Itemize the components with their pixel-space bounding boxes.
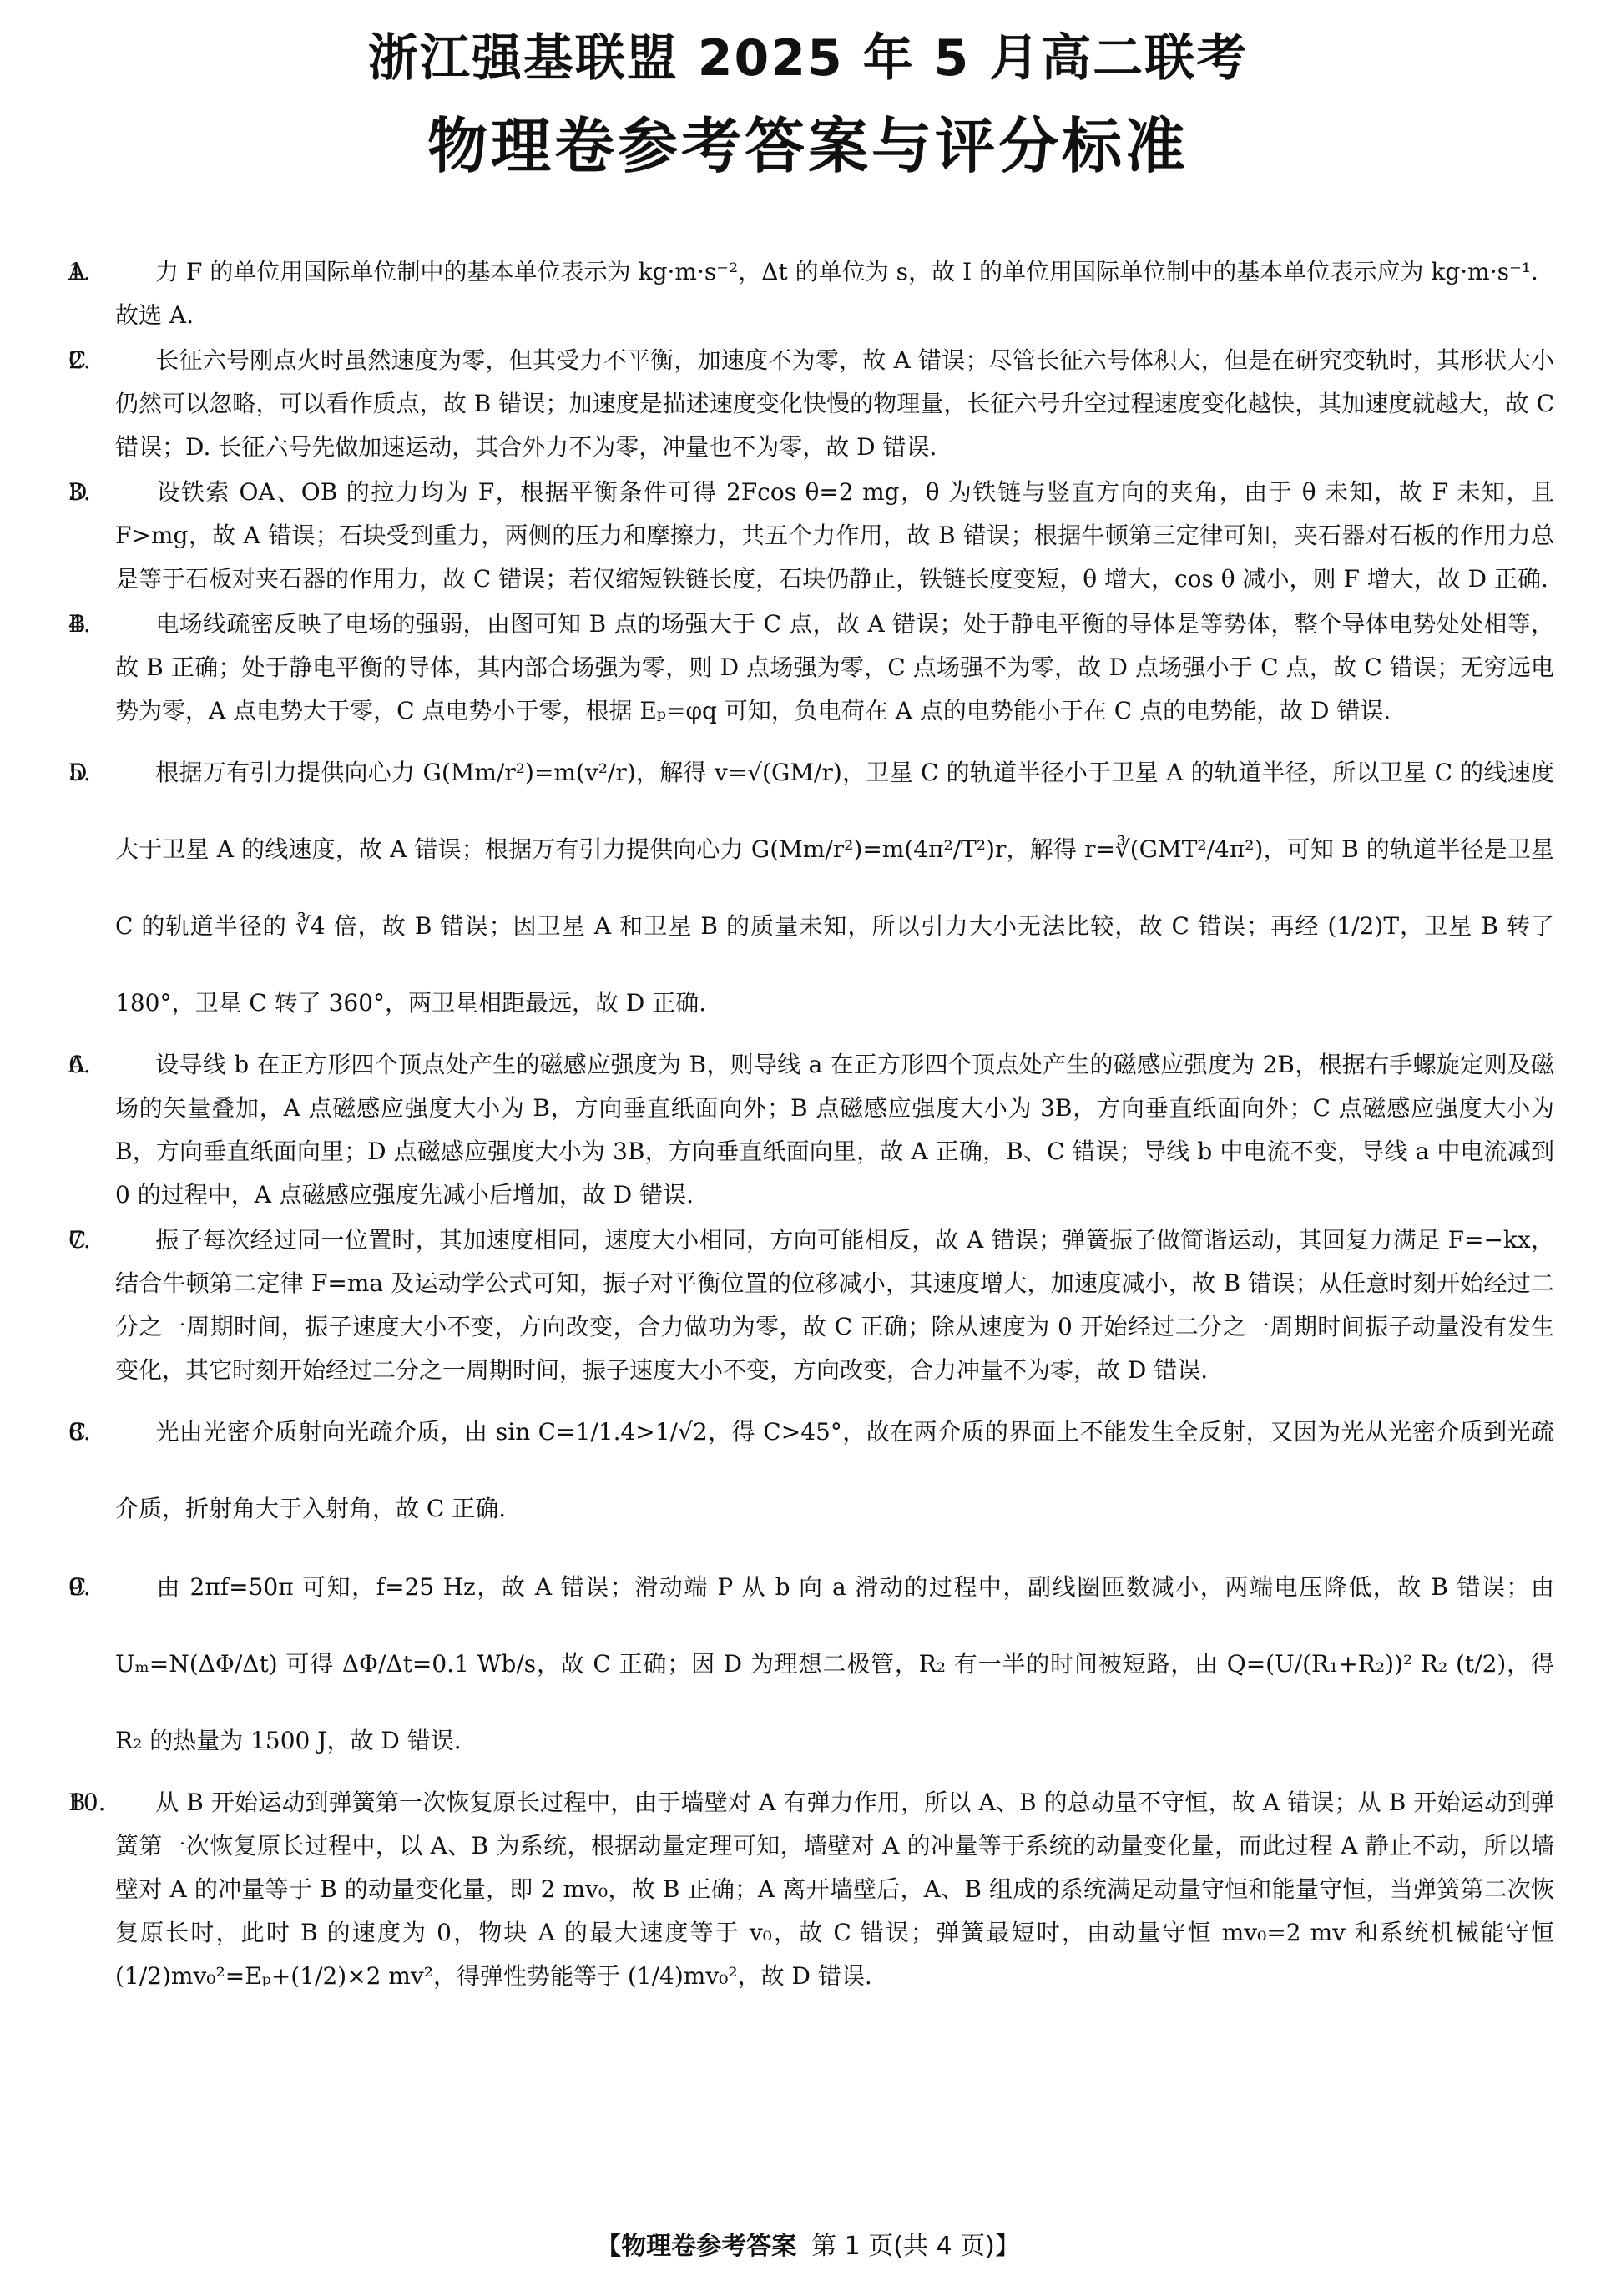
answer-explanation: 由 2πf=50π 可知，f=25 Hz，故 A 错误；滑动端 P 从 b 向 … bbox=[115, 1573, 1554, 1754]
answer-choice: D bbox=[115, 471, 155, 514]
answer-item-1: 1.A力 F 的单位用国际单位制中的基本单位表示为 kg·m·s⁻²，Δt 的单… bbox=[68, 250, 1554, 337]
document-subtitle: 物理卷参考答案与评分标准 bbox=[0, 108, 1616, 184]
answer-explanation: 力 F 的单位用国际单位制中的基本单位表示为 kg·m·s⁻²，Δt 的单位为 … bbox=[115, 258, 1554, 329]
answer-choice: C bbox=[115, 1219, 155, 1262]
answer-choice: B bbox=[115, 603, 155, 646]
answer-list: 1.A力 F 的单位用国际单位制中的基本单位表示为 kg·m·s⁻²，Δt 的单… bbox=[68, 250, 1554, 2000]
answer-explanation: 设铁索 OA、OB 的拉力均为 F，根据平衡条件可得 2Fcos θ=2 mg，… bbox=[115, 478, 1554, 593]
page-footer: 【物理卷参考答案第 1 页(共 4 页)】 bbox=[0, 2230, 1616, 2263]
answer-item-6: 6.A设导线 b 在正方形四个顶点处产生的磁感应强度为 B，则导线 a 在正方形… bbox=[68, 1043, 1554, 1217]
page-number: 第 1 页(共 4 页)】 bbox=[811, 2232, 1020, 2261]
answer-item-8: 8.C光由光密介质射向光疏介质，由 sin C=1/1.4>1/√2，得 C>4… bbox=[68, 1394, 1554, 1547]
answer-choice: C bbox=[115, 1394, 155, 1471]
answer-item-10: 10.B从 B 开始运动到弹簧第一次恢复原长过程中，由于墙壁对 A 有弹力作用，… bbox=[68, 1781, 1554, 1998]
answer-explanation: 长征六号刚点火时虽然速度为零，但其受力不平衡，加速度不为零，故 A 错误；尽管长… bbox=[115, 346, 1554, 461]
answer-item-7: 7.C振子每次经过同一位置时，其加速度相同，速度大小相同，方向可能相反，故 A … bbox=[68, 1219, 1554, 1392]
answer-explanation: 光由光密介质射向光疏介质，由 sin C=1/1.4>1/√2，得 C>45°，… bbox=[115, 1418, 1554, 1522]
answer-explanation: 根据万有引力提供向心力 G(Mm/r²)=m(v²/r)，解得 v=√(GM/r… bbox=[115, 759, 1554, 1017]
answer-choice: D bbox=[115, 734, 155, 811]
answer-item-3: 3.D设铁索 OA、OB 的拉力均为 F，根据平衡条件可得 2Fcos θ=2 … bbox=[68, 471, 1554, 601]
answer-choice: B bbox=[115, 1781, 155, 1824]
exam-title: 浙江强基联盟 2025 年 5 月高二联考 bbox=[0, 25, 1616, 92]
answer-choice: C bbox=[115, 339, 155, 382]
answer-explanation: 电场线疏密反映了电场的强弱，由图可知 B 点的场强大于 C 点，故 A 错误；处… bbox=[115, 610, 1554, 724]
answer-choice: A bbox=[115, 1043, 155, 1087]
answer-item-2: 2.C长征六号刚点火时虽然速度为零，但其受力不平衡，加速度不为零，故 A 错误；… bbox=[68, 339, 1554, 469]
answer-item-9: 9.C由 2πf=50π 可知，f=25 Hz，故 A 错误；滑动端 P 从 b… bbox=[68, 1549, 1554, 1779]
answer-explanation: 设导线 b 在正方形四个顶点处产生的磁感应强度为 B，则导线 a 在正方形四个顶… bbox=[115, 1051, 1554, 1209]
footer-doc-label: 【物理卷参考答案 bbox=[596, 2232, 796, 2261]
answer-choice: C bbox=[115, 1549, 155, 1626]
answer-explanation: 振子每次经过同一位置时，其加速度相同，速度大小相同，方向可能相反，故 A 错误；… bbox=[115, 1226, 1554, 1384]
answer-choice: A bbox=[115, 250, 155, 294]
answer-item-4: 4.B电场线疏密反映了电场的强弱，由图可知 B 点的场强大于 C 点，故 A 错… bbox=[68, 603, 1554, 733]
answer-item-5: 5.D根据万有引力提供向心力 G(Mm/r²)=m(v²/r)，解得 v=√(G… bbox=[68, 734, 1554, 1042]
answer-explanation: 从 B 开始运动到弹簧第一次恢复原长过程中，由于墙壁对 A 有弹力作用，所以 A… bbox=[115, 1789, 1554, 1990]
